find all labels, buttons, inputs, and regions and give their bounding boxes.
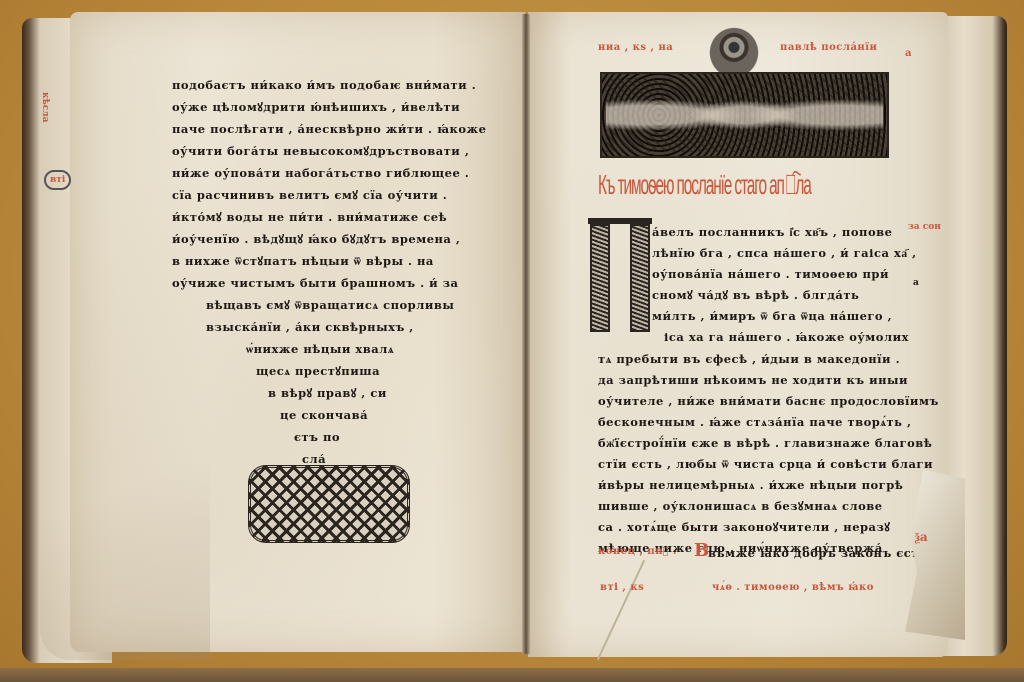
text-line: ми́лть , и́миръ ѿ бга ѿца на́шего , [652, 309, 892, 323]
floral-finial-ornament [706, 24, 762, 76]
text-line: взыска́нїи , а́ки сквѣрныхъ , [206, 320, 414, 334]
text-line: са . хотѧ́ще быти законоꙋчители , неразꙋ [598, 520, 890, 535]
book-gutter [522, 14, 530, 654]
text-line: бесконечным . ꙗ́же стѧза́нїа паче творѧ́… [598, 415, 911, 429]
text-line: оу́чиже чистымъ быти брашномъ . и́ за [172, 276, 458, 290]
text-line: ни́же оу́пова́ти набога́тьство гиблющее … [172, 166, 469, 180]
margin-note-zachalo: за сон [908, 222, 941, 232]
text-line: оу́же цѣломꙋдрити ю́нѣишихъ , и́велѣти [172, 100, 460, 115]
running-header-right: павлѣ посла́нїи [780, 42, 877, 53]
text-line: паче послѣгати , а́несквѣрно жи́ти . ꙗ́к… [172, 122, 486, 136]
decorated-initial-letter [588, 218, 652, 334]
margin-note-circle: вті [44, 170, 71, 190]
interlace-tailpiece-ornament [248, 465, 410, 543]
text-line: и́вѣры нелицемѣрныѧ . и́хже нѣцыи погрѣ [598, 478, 903, 492]
text-line: вѣмже ꙗ́ко добръ законъ єсть [708, 546, 927, 560]
text-line: шивше , оу́клонишасѧ в безꙋмнаѧ слове [598, 499, 883, 514]
text-line: ѡ́нихже нѣцыи хвалѧ [246, 342, 394, 356]
text-line: щесѧ престꙋпиша [256, 364, 380, 379]
text-line: и́кто́мꙋ воды не пи́ти . вни́матиже сеѣ [172, 210, 447, 225]
page-wear [40, 430, 210, 660]
text-line: іса ха га на́шего . ꙗ́коже оу́молих [664, 330, 909, 344]
folio-number: а [905, 48, 912, 59]
text-line: стїи єсть , любы ѿ чиста срца и́ совѣсти… [598, 457, 933, 471]
text-line: и́оу́ченїю . вѣдꙋщꙋ ꙗ́ко бꙋдꙋтъ времена … [172, 232, 460, 247]
text-line: а́велъ посланникъ і҆с хв҃ъ , попове [652, 225, 892, 239]
text-line: єтъ по [294, 430, 340, 444]
text-line: в нихже ѿстꙋпатъ нѣцыи ѿ вѣры . на [172, 254, 434, 269]
margin-note-number: ѯа [915, 530, 928, 545]
running-header-left: ниа , кѕ , на [598, 42, 673, 53]
margin-note-a: а [913, 278, 919, 288]
text-line: сномꙋ ча́дꙋ въ вѣрѣ . блгда́ть [652, 288, 859, 303]
text-line: сла́ [302, 452, 326, 466]
text-line: тѧ пребыти въ єфесѣ , и́дыи в македонїи … [598, 352, 900, 366]
rubric-note: конец , пнⷣ . [598, 546, 677, 557]
text-line: лѣнїю бга , спса на́шего , и́ гаіса ха҃ … [652, 246, 917, 260]
text-line: вѣщавъ ємꙋ ѿвращатисѧ спорливы [206, 298, 454, 313]
book-title-rubric: Къ тимоѳею посланїе стаго апⷭ҇ла [598, 170, 758, 200]
foliate-headpiece-ornament [600, 72, 889, 158]
footer-catchword: чѧ́ѳ . тимоѳею , вѣмъ ꙗ́ко [712, 582, 874, 593]
text-line: це скончава́ [280, 408, 368, 422]
text-line: подобаєтъ ни́како и́мъ подобаѥ вни́мати … [172, 78, 476, 92]
footer-signature: вті , кѕ [600, 582, 644, 593]
text-line: оу́пова́нїа на́шего . тимоѳею при́ [652, 267, 889, 281]
text-line: в вѣрꙋ правꙋ , си [268, 386, 387, 401]
text-line: бж҃їєстрої́нїи єже в вѣрѣ . главизнаже б… [598, 436, 932, 450]
margin-note-left: кѣсла [40, 92, 50, 123]
display-frame-edge [0, 668, 1024, 682]
text-line: оу́чителе , ни́же вни́мати баснє продосл… [598, 394, 939, 408]
text-line: да запрѣтиши нѣкоимъ не ходити къ иныи [598, 373, 908, 387]
text-line: сїа расчинивъ велитъ ємꙋ сїа оу́чити . [172, 188, 447, 203]
text-line: оу́чити бога́ты невысокомꙋдръствовати , [172, 144, 469, 159]
